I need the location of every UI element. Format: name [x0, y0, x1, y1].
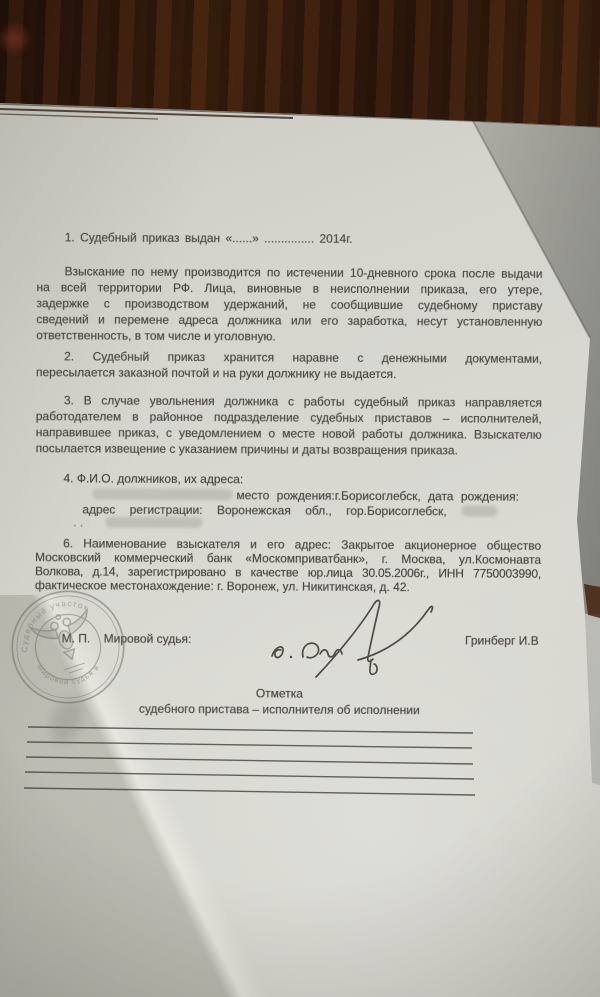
execution-ruled-lines — [0, 0, 600, 997]
photo-scene: 1. Судебный приказ выдан «......» ......… — [0, 0, 600, 997]
document-page: 1. Судебный приказ выдан «......» ......… — [0, 0, 600, 997]
